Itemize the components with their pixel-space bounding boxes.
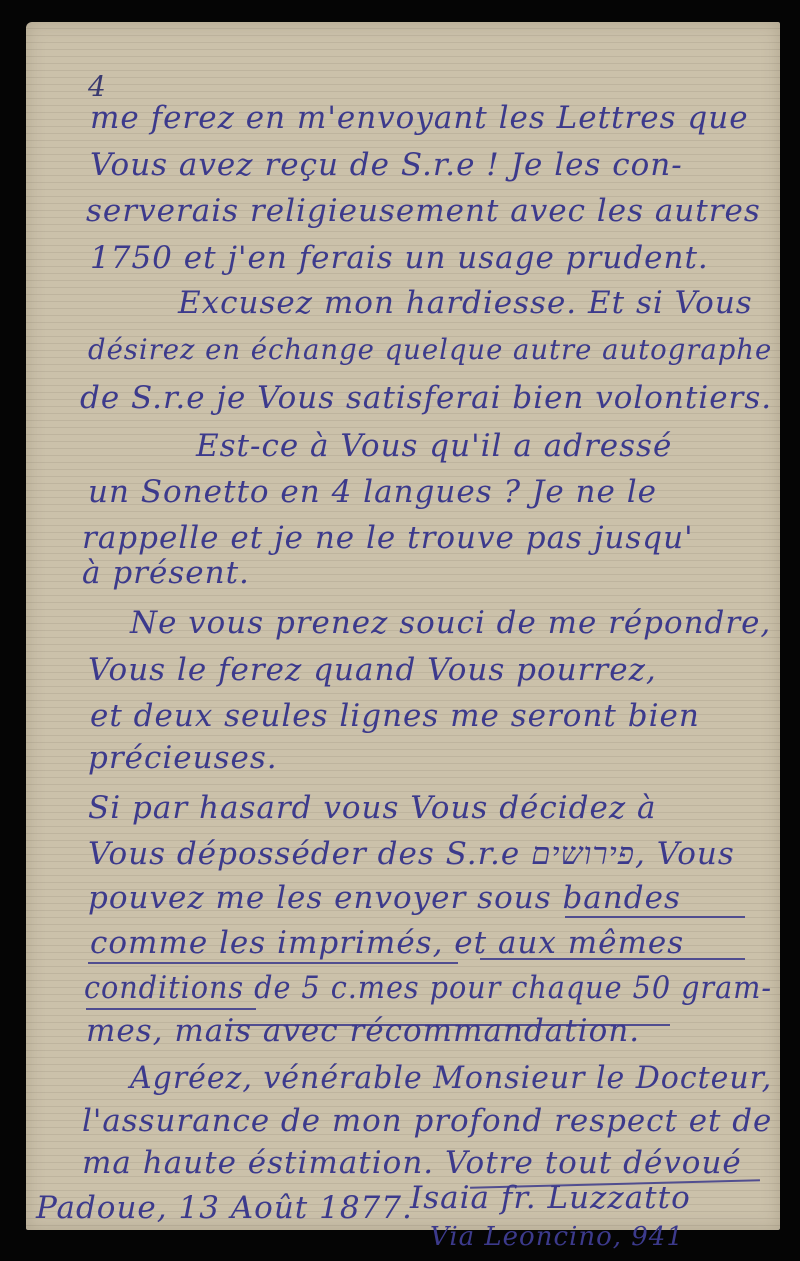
letter-line: ma haute éstimation. Votre tout dévoué bbox=[82, 1145, 742, 1181]
letter-line: désirez en échange quelque autre autogra… bbox=[88, 333, 772, 366]
letter-line: Ne vous prenez souci de me répondre, bbox=[130, 605, 771, 641]
letter-line: Agréez, vénérable Monsieur le Docteur, bbox=[130, 1060, 772, 1096]
place-date: Padoue, 13 Août 1877. bbox=[36, 1190, 413, 1226]
letter-line: serverais religieusement avec les autres bbox=[86, 193, 761, 229]
letter-line: l'assurance de mon profond respect et de bbox=[82, 1103, 772, 1139]
underline bbox=[565, 916, 745, 918]
letter-line: comme les imprimés, et aux mêmes bbox=[90, 925, 684, 961]
address: Via Leoncino, 941 bbox=[430, 1222, 684, 1252]
letter-line: Est-ce à Vous qu'il a adressé bbox=[196, 428, 672, 464]
letter-line: Vous avez reçu de S.r.e ! Je les con- bbox=[90, 147, 683, 183]
letter-line: Vous déposséder des S.r.e פירושים, Vous bbox=[88, 836, 735, 872]
page-number: 4 bbox=[88, 70, 106, 103]
letter-line: et deux seules lignes me seront bien bbox=[90, 698, 700, 734]
letter-line: 1750 et j'en ferais un usage prudent. bbox=[90, 240, 709, 276]
letter-line: un Sonetto en 4 langues ? Je ne le bbox=[88, 474, 657, 510]
letter-line: conditions de 5 c.mes pour chaque 50 gra… bbox=[84, 970, 772, 1006]
letter-line: précieuses. bbox=[88, 740, 278, 776]
letter-line: Vous le ferez quand Vous pourrez, bbox=[88, 652, 657, 688]
underline bbox=[86, 1008, 256, 1010]
letter-line: Excusez mon hardiesse. Et si Vous bbox=[178, 285, 753, 321]
letter-line: Si par hasard vous Vous décidez à bbox=[88, 790, 657, 826]
letter-line: me ferez en m'envoyant les Lettres que bbox=[90, 100, 749, 136]
letter-line: à présent. bbox=[82, 555, 250, 591]
letter-line: pouvez me les envoyer sous bandes bbox=[88, 880, 681, 916]
underline bbox=[225, 1024, 670, 1026]
letter-line: de S.r.e je Vous satisferai bien volonti… bbox=[80, 380, 772, 416]
letter-line: mes, mais avec récommandation. bbox=[86, 1013, 640, 1049]
underline bbox=[480, 958, 745, 960]
letter-line: rappelle et je ne le trouve pas jusqu' bbox=[82, 520, 694, 556]
underline bbox=[88, 962, 458, 964]
